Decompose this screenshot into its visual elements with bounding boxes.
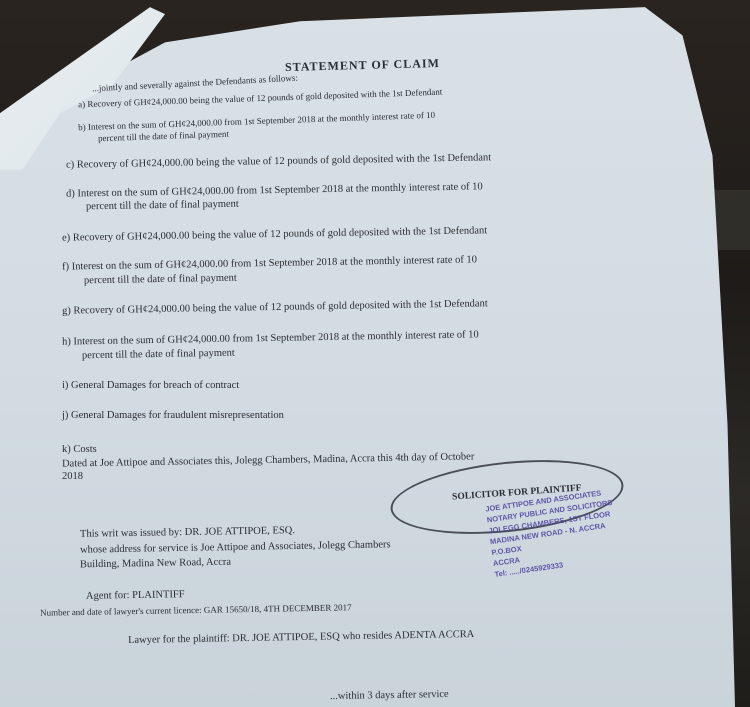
dated-year: 2018 xyxy=(62,471,83,482)
document-title: STATEMENT OF CLAIM xyxy=(285,56,440,75)
claim-j: j) General Damages for fraudulent misrep… xyxy=(62,410,284,421)
claim-g: g) Recovery of GH¢24,000.00 being the va… xyxy=(62,298,488,316)
statement-of-claim-document: STATEMENT OF CLAIM ...jointly and severa… xyxy=(0,0,750,707)
claim-k: k) Costs xyxy=(62,444,97,455)
address-line-1: whose address for service is Joe Attipoe… xyxy=(80,539,391,555)
claim-e: e) Recovery of GH¢24,000.00 being the va… xyxy=(62,225,487,243)
footer-partial: ...within 3 days after service xyxy=(330,689,449,702)
dated-line: Dated at Joe Attipoe and Associates this… xyxy=(62,451,474,469)
lawyer-line: Lawyer for the plaintiff: DR. JOE ATTIPO… xyxy=(128,629,474,646)
claim-h-cont: percent till the date of final payment xyxy=(82,348,235,362)
claim-d-cont: percent till the date of final payment xyxy=(86,199,239,213)
claim-d: d) Interest on the sum of GH¢24,000.00 f… xyxy=(66,181,483,199)
intro-line: ...jointly and severally against the Def… xyxy=(92,73,298,94)
agent-line: Agent for: PLAINTIFF xyxy=(86,589,185,602)
address-line-2: Building, Madina New Road, Accra xyxy=(80,557,231,571)
claim-b-cont: percent till the date of final payment xyxy=(98,129,229,144)
claim-f: f) Interest on the sum of GH¢24,000.00 f… xyxy=(62,254,477,272)
licence-line: Number and date of lawyer's current lice… xyxy=(40,602,352,617)
claim-b: b) Interest on the sum of GH¢24,000.00 f… xyxy=(78,110,435,132)
claim-i: i) General Damages for breach of contrac… xyxy=(62,380,239,391)
claim-h: h) Interest on the sum of GH¢24,000.00 f… xyxy=(62,329,479,347)
issued-by: This writ was issued by: DR. JOE ATTIPOE… xyxy=(80,525,295,540)
claim-c: c) Recovery of GH¢24,000.00 being the va… xyxy=(66,152,491,170)
claim-f-cont: percent till the date of final payment xyxy=(84,273,237,287)
